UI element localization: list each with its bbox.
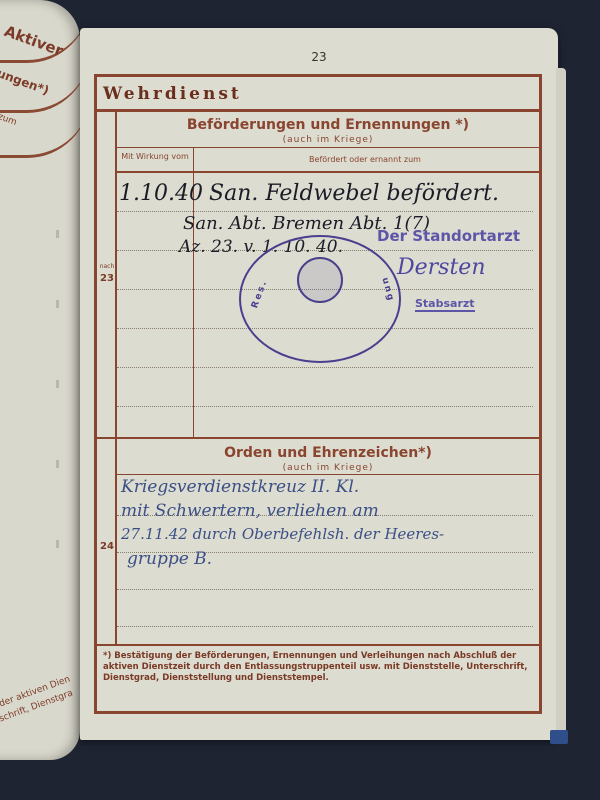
decoration-line-1: Kriegsverdienstkreuz II. Kl. — [121, 477, 359, 497]
decorations-heading: Orden und Ehrenzeichen*) — [117, 445, 539, 461]
binding-stitch — [56, 380, 59, 388]
cover-corner — [550, 730, 568, 744]
section-title: Wehrdienst — [103, 79, 242, 109]
side-reference-number: 23 — [99, 273, 115, 284]
promotions-subheading: (auch im Kriege) — [117, 135, 539, 145]
entry-promotion-line-1: San. Feldwebel befördert. — [209, 181, 499, 206]
header-rule — [117, 474, 539, 475]
footnote-divider — [97, 644, 539, 646]
ruled-line — [117, 626, 533, 627]
column-header-rule — [117, 171, 539, 173]
binding-stitch — [56, 540, 59, 548]
left-facing-page: Aktiver ungen*) zum der aktiven Dien sch… — [0, 0, 80, 760]
stamp-emblem-placeholder — [297, 257, 343, 303]
binding-stitch — [56, 300, 59, 308]
decoration-line-3: 27.11.42 durch Oberbefehlsh. der Heeres- — [121, 525, 444, 543]
ruled-line — [117, 406, 533, 407]
column-header-effective-date: Mit Wirkung vom — [119, 152, 191, 161]
decoration-line-4: gruppe B. — [127, 549, 212, 569]
section-divider — [97, 437, 539, 439]
title-rule — [97, 109, 539, 112]
binding-stitch — [56, 460, 59, 468]
ruled-line — [117, 367, 533, 368]
page-number: 23 — [80, 50, 558, 64]
entry-effective-date: 1.10.40 — [119, 181, 203, 206]
ruled-line — [117, 211, 533, 212]
stamp-office-standortarzt: Der Standortarzt — [377, 227, 520, 245]
binding-stitch — [56, 230, 59, 238]
footnote-text: *) Bestätigung der Beförderungen, Ernenn… — [103, 651, 533, 684]
stamp-rank-stabsarzt: Stabsarzt — [415, 297, 475, 312]
header-rule — [117, 147, 539, 148]
column-header-promoted-to: Befördert oder ernannt zum — [195, 155, 535, 164]
side-reference-number: 24 — [99, 541, 115, 552]
officer-signature: Dersten — [397, 255, 486, 280]
ruled-line — [117, 589, 533, 590]
document-page: 23 Wehrdienst Beförderungen und Ernennun… — [80, 28, 558, 740]
promotions-heading: Beförderungen und Ernennungen *) — [117, 117, 539, 133]
side-label-nach: nach — [99, 263, 115, 270]
margin-column-line — [115, 112, 117, 644]
decoration-line-2: mit Schwertern, verliehen am — [121, 501, 379, 521]
decorations-subheading: (auch im Kriege) — [117, 463, 539, 473]
form-frame: Wehrdienst Beförderungen und Ernennungen… — [94, 74, 542, 714]
page-stack-edge — [556, 68, 566, 740]
